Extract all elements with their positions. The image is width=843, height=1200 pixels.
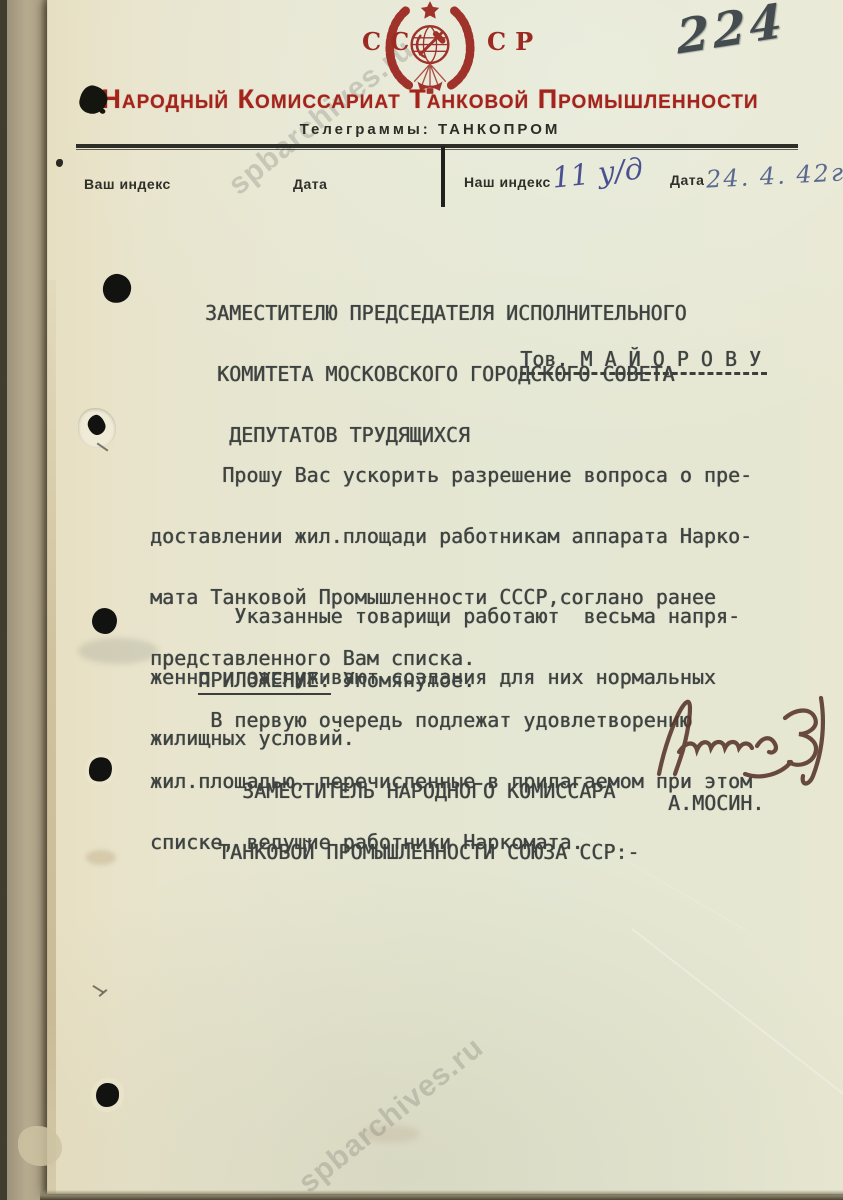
addressee-line: ЗАМЕСТИТЕЛЮ ПРЕДСЕДАТЕЛЯ ИСПОЛНИТЕЛЬНОГО [205, 303, 687, 323]
attachment-line: ПРИЛОЖЕНИЕ: Упомянутое. [150, 650, 475, 711]
signatory-name: А.МОСИН. [668, 793, 764, 813]
our-date-label: Дата [670, 172, 704, 188]
attachment-value: Упомянутое. [331, 668, 476, 692]
attachment-label: ПРИЛОЖЕНИЕ: [198, 668, 330, 695]
your-index-label: Ваш индекс [84, 176, 171, 192]
our-index-label: Наш индекс [464, 174, 551, 190]
smudge-stain [86, 850, 116, 865]
addressee-name: Тов. М А Й О Р О В У [520, 347, 767, 375]
signature-scrawl [645, 688, 843, 799]
punch-hole [96, 1083, 119, 1107]
binding-glue-strip [47, 280, 56, 1200]
emblem-text-right: СР [487, 27, 542, 56]
body-line: Прошу Вас ускорить разрешение вопроса о … [150, 465, 752, 485]
your-date-label: Дата [293, 176, 327, 192]
signatory-title-line: ЗАМЕСТИТЕЛЬ НАРОДНОГО КОМИССАРА [218, 781, 639, 801]
smudge-stain [78, 638, 158, 664]
organization-title: Народный Комиссариат Танковой Промышленн… [60, 84, 800, 115]
addressee-name-line: Тов. М А Й О Р О В У [472, 329, 767, 390]
page-bottom-edge [40, 1190, 843, 1200]
signatory-title-line: ТАНКОВОЙ ПРОМЫШЛЕННОСТИ СОЮЗА ССР:- [218, 842, 639, 862]
body-line: доставлении жил.площади работникам аппар… [150, 526, 752, 546]
backing-chip [18, 1126, 62, 1166]
reference-divider [441, 146, 445, 207]
body-line: Указанные товарищи работают весьма напря… [150, 606, 740, 626]
punch-hole [92, 608, 117, 634]
signatory-title: ЗАМЕСТИТЕЛЬ НАРОДНОГО КОМИССАРА ТАНКОВОЙ… [218, 740, 639, 903]
emblem-text-left: СС [362, 27, 418, 56]
telegrams-line: Телеграммы: ТАНКОПРОМ [60, 121, 800, 138]
scanned-document: spbarchives.ru spbarchives.ru 224 СС [0, 0, 843, 1200]
header-rule [76, 144, 798, 151]
smudge-stain [360, 1125, 420, 1143]
